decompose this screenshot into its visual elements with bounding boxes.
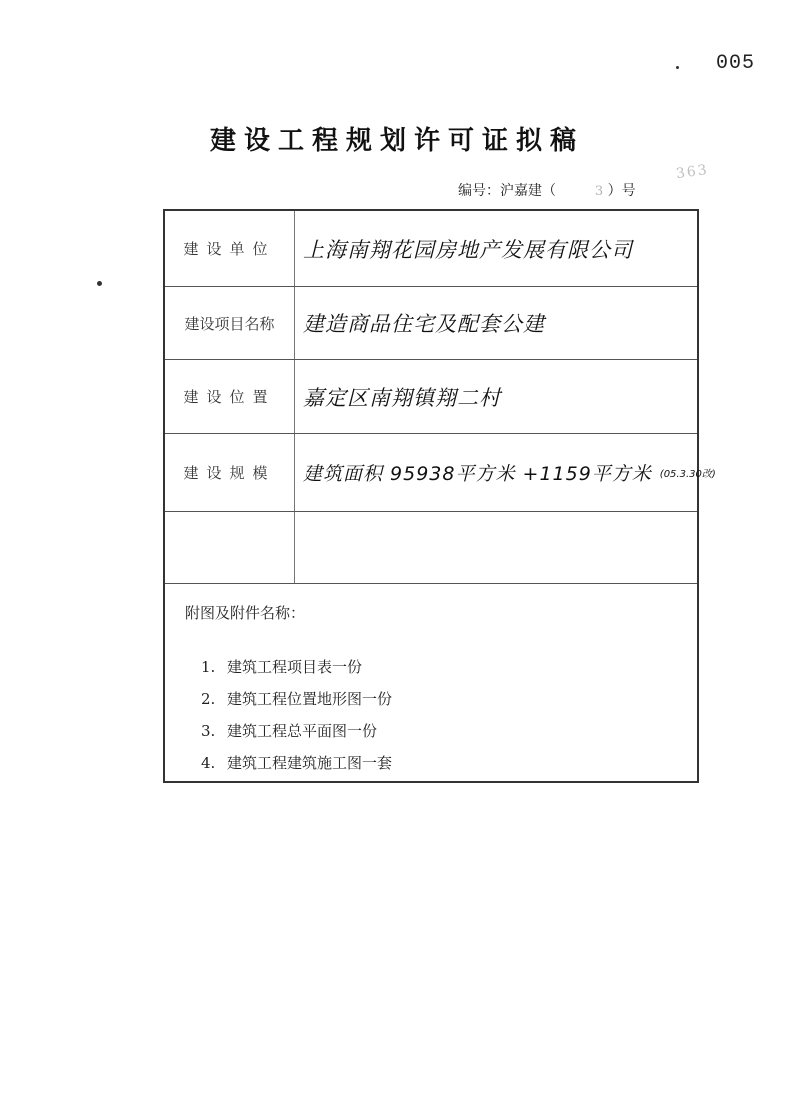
form-label: 建设位置: [165, 360, 295, 433]
form-value-construction-unit: 上海南翔花园房地产发展有限公司: [303, 211, 691, 286]
form-label: 建设单位: [165, 211, 295, 286]
document-title: 建设工程规划许可证拟稿: [0, 120, 794, 157]
serial-value: 3: [595, 184, 603, 199]
form-value-blank: [303, 512, 691, 583]
attachments-list: 1.建筑工程项目表一份 2.建筑工程位置地形图一份 3.建筑工程总平面图一份 4…: [201, 651, 392, 779]
revision-note: (05.3.30改): [660, 465, 716, 480]
form-row-project-name: 建设项目名称 建造商品住宅及配套公建: [165, 287, 697, 360]
attachment-item: 4.建筑工程建筑施工图一套: [201, 747, 392, 779]
handwritten-text: 上海南翔花园房地产发展有限公司: [303, 234, 633, 264]
permit-form: 建设单位 上海南翔花园房地产发展有限公司 建设项目名称 建造商品住宅及配套公建 …: [163, 209, 699, 783]
handwritten-text: 建筑面积 95938平方米 +1159平方米: [303, 459, 652, 486]
serial-suffix: ）号: [608, 183, 636, 199]
form-value-location: 嘉定区南翔镇翔二村: [303, 360, 691, 433]
attachments-title: 附图及附件名称：: [185, 602, 305, 623]
serial-stamp: 363: [675, 162, 710, 182]
form-row-location: 建设位置 嘉定区南翔镇翔二村: [165, 360, 697, 434]
form-row-scale: 建设规模 建筑面积 95938平方米 +1159平方米 (05.3.30改): [165, 434, 697, 512]
form-value-scale: 建筑面积 95938平方米 +1159平方米 (05.3.30改): [303, 434, 691, 511]
attachment-item: 1.建筑工程项目表一份: [201, 651, 392, 683]
form-row-blank: [165, 512, 697, 584]
form-row-construction-unit: 建设单位 上海南翔花园房地产发展有限公司: [165, 211, 697, 287]
handwritten-text: 建造商品住宅及配套公建: [303, 308, 545, 338]
serial-number: 编号：沪嘉建（ 3 ）号 363: [458, 180, 636, 200]
attachment-item: 2.建筑工程位置地形图一份: [201, 683, 392, 715]
form-label-blank: [165, 512, 295, 583]
scan-speck: [97, 281, 102, 286]
form-value-project-name: 建造商品住宅及配套公建: [303, 287, 691, 359]
form-label: 建设规模: [165, 434, 295, 511]
scan-speck: [676, 66, 679, 69]
attachments-section: 附图及附件名称： 1.建筑工程项目表一份 2.建筑工程位置地形图一份 3.建筑工…: [165, 584, 697, 783]
serial-label: 编号：沪嘉建（: [458, 183, 556, 199]
form-label: 建设项目名称: [165, 287, 295, 359]
page-number: 005: [716, 52, 755, 75]
attachment-item: 3.建筑工程总平面图一份: [201, 715, 392, 747]
handwritten-text: 嘉定区南翔镇翔二村: [303, 382, 501, 412]
